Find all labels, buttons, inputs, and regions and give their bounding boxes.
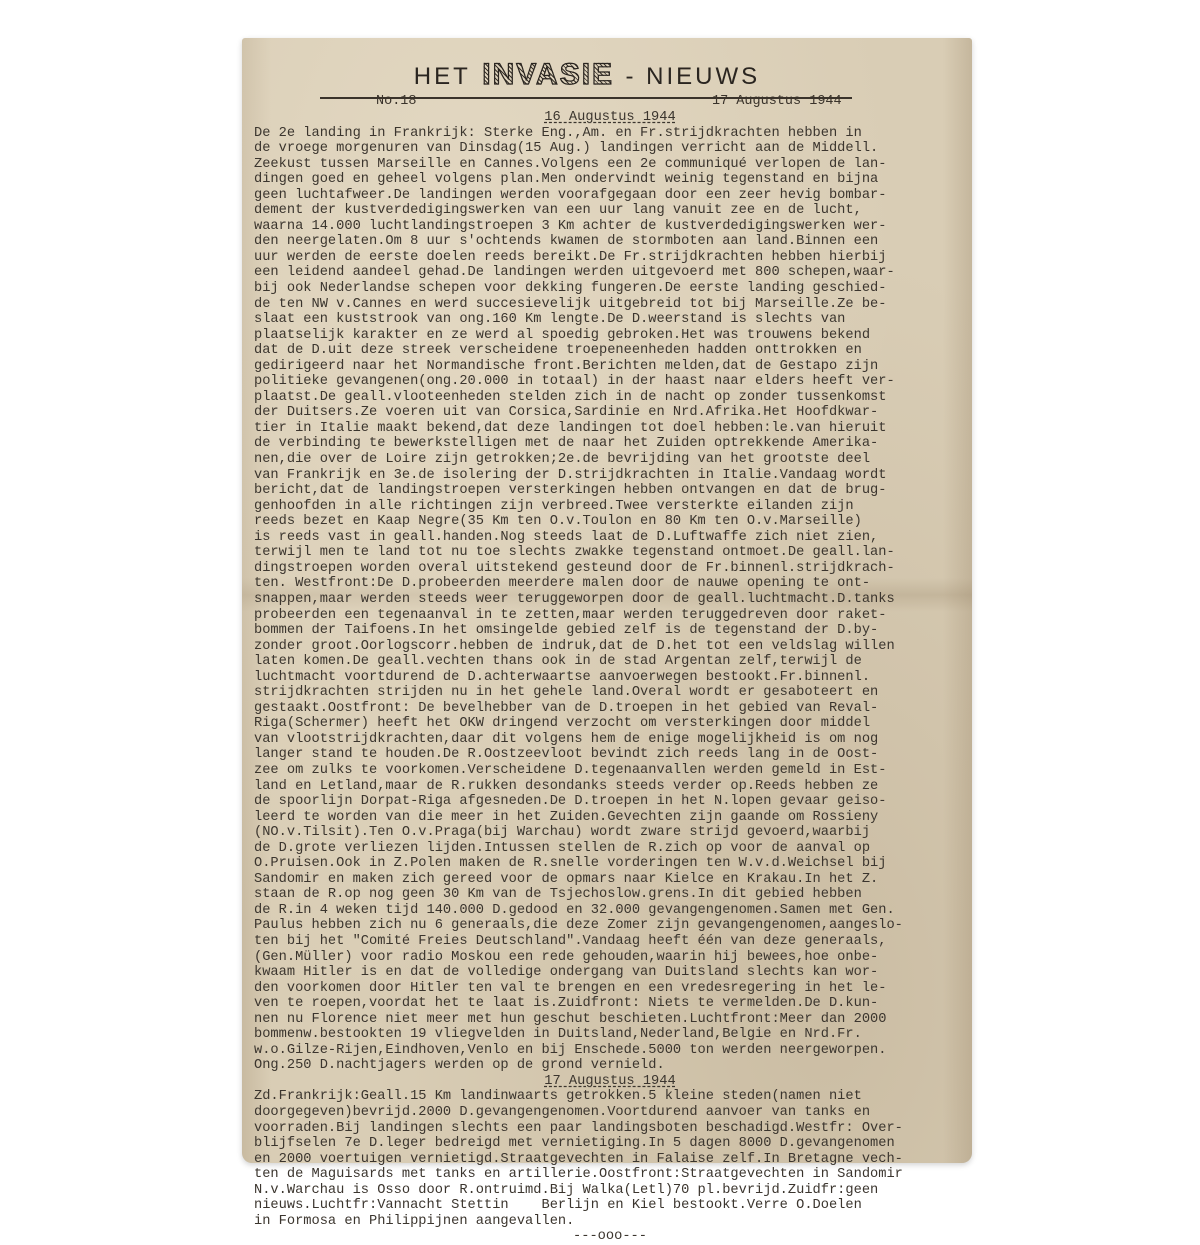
text-line: blijfselen 7e D.leger bedreigd met verni… — [254, 1136, 966, 1152]
text-line: zonder groot.Oorlogscorr.hebben de indru… — [254, 639, 966, 655]
text-line: De 2e landing in Frankrijk: Sterke Eng.,… — [254, 126, 966, 142]
text-line: probeerden een tegenaanval in te zetten,… — [254, 608, 966, 624]
text-line: waarna 14.000 luchtlandingstroepen 3 Km … — [254, 219, 966, 235]
text-line: (Gen.Müller) voor radio Moskou een rede … — [254, 950, 966, 966]
text-line: plaatselijk karakter en ze werd al spoed… — [254, 328, 966, 344]
date-heading: 16 Augustus 1944 — [254, 110, 966, 126]
date-heading: 17 Augustus 1944 — [254, 1074, 966, 1090]
title-main: INVASIE — [482, 58, 614, 91]
text-line: slaat een kuststrook van ong.160 Km leng… — [254, 312, 966, 328]
text-line: bij ook Nederlandse schepen voor dekking… — [254, 281, 966, 297]
text-line: is reeds vast in geall.handen.Nog steeds… — [254, 530, 966, 546]
issue-number: No.18 — [376, 94, 417, 109]
newspaper-sheet: HET INVASIE - NIEUWS No.18 17 Augustus 1… — [242, 38, 972, 1163]
text-line: laten komen.De geall.vechten thans ook i… — [254, 654, 966, 670]
text-line: tier in Italie maakt bekend,dat deze lan… — [254, 421, 966, 437]
text-line: staan de R.op nog geen 30 Km van de Tsje… — [254, 887, 966, 903]
date-heading-text: 17 Augustus 1944 — [544, 1074, 675, 1089]
title-suffix: - NIEUWS — [626, 63, 761, 90]
text-line: ven te roepen,voordat het te laat is.Zui… — [254, 996, 966, 1012]
text-line: nen nu Florence niet meer met hun geschu… — [254, 1012, 966, 1028]
text-line: strijdkrachten strijden nu in het gehele… — [254, 685, 966, 701]
text-line: den voorkomen door Hitler ten val te bre… — [254, 981, 966, 997]
text-line: ten. Westfront:De D.probeerden meerdere … — [254, 576, 966, 592]
text-line: de verbinding te bewerkstelligen met de … — [254, 436, 966, 452]
issue-date: 17 Augustus 1944 — [712, 94, 842, 109]
text-line: gedirigeerd naar het Normandische front.… — [254, 359, 966, 375]
text-line: Ong.250 D.nachtjagers werden op de grond… — [254, 1058, 966, 1074]
text-line: de vroege morgenuren van Dinsdag(15 Aug.… — [254, 141, 966, 157]
text-line: (NO.v.Tilsit).Ten O.v.Praga(bij Warchau)… — [254, 825, 966, 841]
text-line: de D.grote verliezen lijden.Intussen ste… — [254, 841, 966, 857]
text-line: van vlootstrijdkrachten,daar dit volgens… — [254, 732, 966, 748]
text-line: voorraden.Bij landingen slechts een paar… — [254, 1121, 966, 1137]
text-line: bommen der Taifoens.In het omsingelde ge… — [254, 623, 966, 639]
text-line: reeds bezet en Kaap Negre(35 Km ten O.v.… — [254, 514, 966, 530]
text-line: N.v.Warchau is Osso door R.ontruimd.Bij … — [254, 1183, 966, 1199]
text-line: en 2000 voertuigen vernietigd.Straatgeve… — [254, 1152, 966, 1168]
text-line: genhoofden in alle richtingen zijn verbr… — [254, 499, 966, 515]
text-line: geen luchtafweer.De landingen werden voo… — [254, 188, 966, 204]
text-line: der Duitsers.Ze voeren uit van Corsica,S… — [254, 405, 966, 421]
text-line: luchtmacht voortdurend de D.achterwaarts… — [254, 670, 966, 686]
text-line: dingen goed en geheel volgens plan.Men o… — [254, 172, 966, 188]
masthead: HET INVASIE - NIEUWS — [322, 58, 852, 92]
text-line: ten bij het "Comité Freies Deutschland".… — [254, 934, 966, 950]
text-line: politieke gevangenen(ong.20.000 in totaa… — [254, 374, 966, 390]
text-line: Sandomir en maken zich gereed voor de op… — [254, 872, 966, 888]
text-line: Riga(Schermer) heeft het OKW dringend ve… — [254, 716, 966, 732]
text-line: ten de Maguisards met tanks en artilleri… — [254, 1167, 966, 1183]
text-line: uur werden de eerste doelen reeds bereik… — [254, 250, 966, 266]
text-line: bommenw.bestookten 19 vliegvelden in Dui… — [254, 1027, 966, 1043]
text-line: dat de D.uit deze streek verscheidene tr… — [254, 343, 966, 359]
text-line: langer stand te houden.De R.Oostzeevloot… — [254, 747, 966, 763]
text-line: terwijl men te land tot nu toe slechts z… — [254, 545, 966, 561]
text-line: plaatst.De geall.vlooteenheden stelden z… — [254, 390, 966, 406]
text-line: Zeekust tussen Marseille en Cannes.Volge… — [254, 157, 966, 173]
text-line: dingstroepen worden overal uitstekend ge… — [254, 561, 966, 577]
text-line: Zd.Frankrijk:Geall.15 Km landinwaarts ge… — [254, 1089, 966, 1105]
text-line: O.Pruisen.Ook in Z.Polen maken de R.snel… — [254, 856, 966, 872]
text-line: bericht,dat de landingstroepen versterki… — [254, 483, 966, 499]
text-line: gestaakt.Oostfront: De bevelhebber van d… — [254, 701, 966, 717]
text-line: kwaam Hitler is en dat de volledige onde… — [254, 965, 966, 981]
text-line: land en Letland,maar de R.rukken desonda… — [254, 779, 966, 795]
text-line: dement der kustverdedigingswerken van ee… — [254, 203, 966, 219]
text-line: de ten NW v.Cannes en werd succesievelij… — [254, 297, 966, 313]
text-line: van Frankrijk en 3e.de isolering der D.s… — [254, 468, 966, 484]
text-line: w.o.Gilze-Rijen,Eindhoven,Venlo en bij E… — [254, 1043, 966, 1059]
date-heading-text: 16 Augustus 1944 — [544, 110, 675, 125]
text-line: de spoorlijn Dorpat-Riga afgesneden.De D… — [254, 794, 966, 810]
text-line: nen,die over de Loire zijn getrokken;2e.… — [254, 452, 966, 468]
article-body: 16 Augustus 1944De 2e landing in Frankri… — [254, 110, 966, 1200]
title-prefix: HET — [414, 63, 471, 90]
text-line: de R.in 4 weken tijd 140.000 D.gedood en… — [254, 903, 966, 919]
text-line: een leidend aandeel gehad.De landingen w… — [254, 265, 966, 281]
text-line: doorgegeven)bevrijd.2000 D.gevangengenom… — [254, 1105, 966, 1121]
text-line: zee om zulks te voorkomen.Verscheidene D… — [254, 763, 966, 779]
text-line: snappen,maar werden steeds weer teruggew… — [254, 592, 966, 608]
text-line: leerd te worden van die meer in het Zuid… — [254, 810, 966, 826]
text-line: Paulus hebben zich nu 6 generaals,die de… — [254, 918, 966, 934]
text-line: den neergelaten.Om 8 uur s'ochtends kwam… — [254, 234, 966, 250]
